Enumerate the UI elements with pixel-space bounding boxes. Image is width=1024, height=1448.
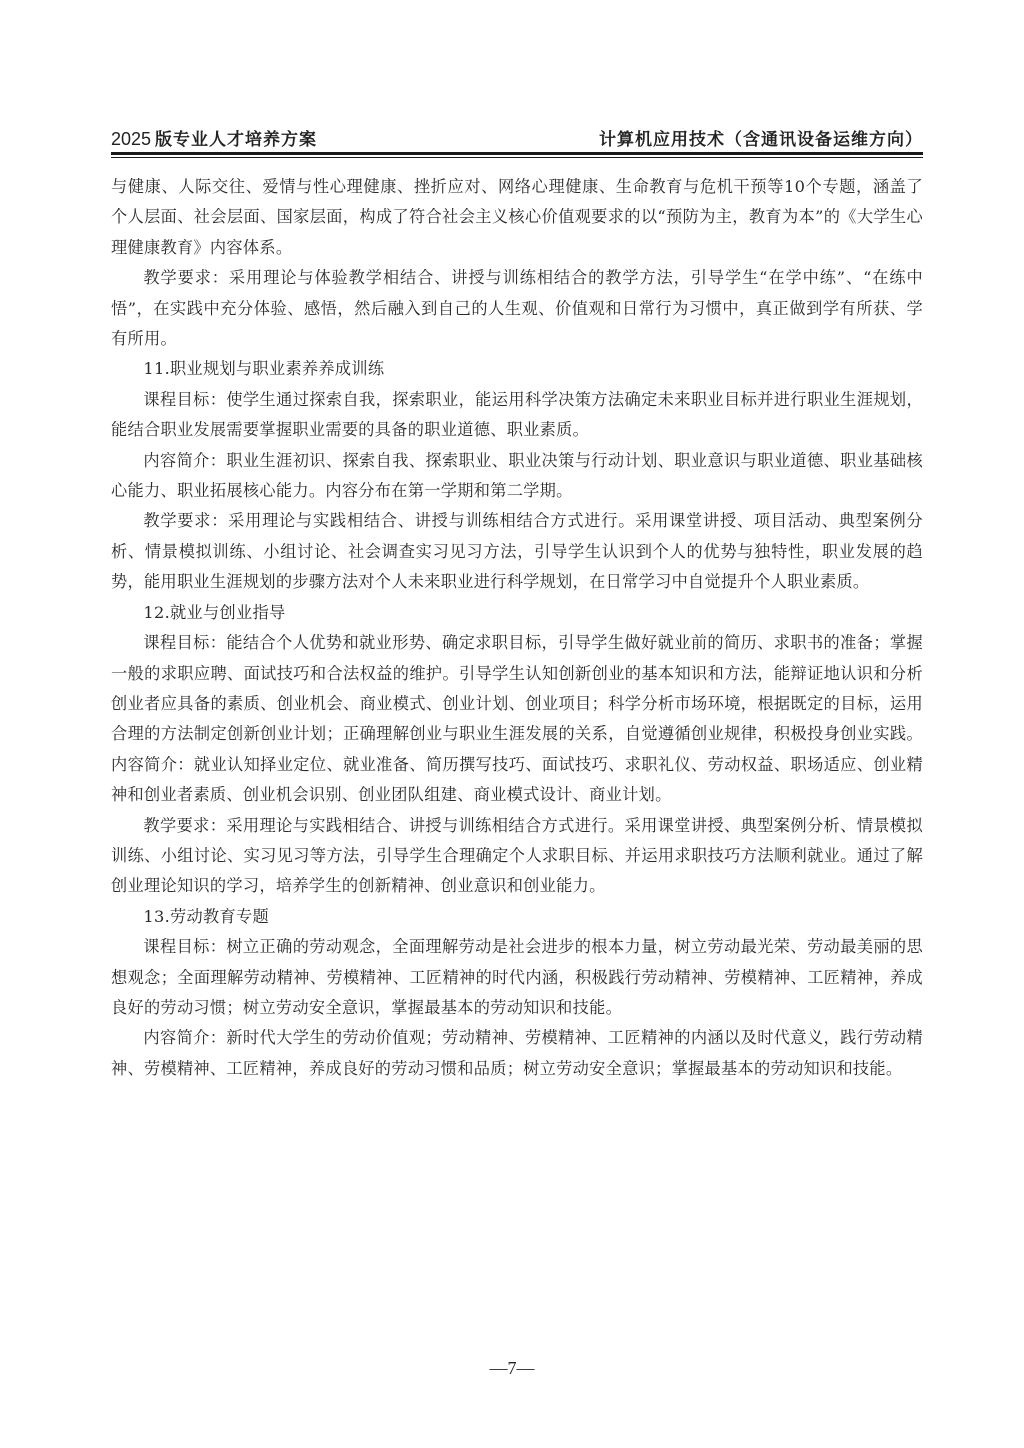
paragraph-teaching-requirements: 教学要求：采用理论与体验教学相结合、讲授与训练相结合的教学方法，引导学生“在学中… xyxy=(111,263,923,354)
paragraph-content-summary: 内容简介：职业生涯初识、探索自我、探索职业、职业决策与行动计划、职业意识与职业道… xyxy=(111,446,923,507)
paragraph-course-objectives: 课程目标：能结合个人优势和就业形势、确定求职目标，引导学生做好就业前的简历、求职… xyxy=(111,628,923,810)
header-divider-thick xyxy=(111,152,923,155)
paragraph-content-summary: 内容简介：新时代大学生的劳动价值观；劳动精神、劳模精神、工匠精神的内涵以及时代意… xyxy=(111,1023,923,1084)
page-body: 与健康、人际交往、爱情与性心理健康、挫折应对、网络心理健康、生命教育与危机干预等… xyxy=(111,172,923,1084)
header-program-name: 计算机应用技术（含通讯设备运维方向） xyxy=(599,125,923,150)
header-document-title: 2025版专业人才培养方案 xyxy=(111,125,317,150)
section-heading-11: 11.职业规划与职业素养养成训练 xyxy=(111,354,923,384)
section-heading-12: 12.就业与创业指导 xyxy=(111,598,923,628)
page-number: —7— xyxy=(0,1358,1024,1379)
header-year: 2025 xyxy=(111,129,151,149)
page-header: 2025版专业人才培养方案 计算机应用技术（含通讯设备运维方向） xyxy=(111,126,923,150)
paragraph-course-objectives: 课程目标：树立正确的劳动观念，全面理解劳动是社会进步的根本力量，树立劳动最光荣、… xyxy=(111,932,923,1023)
header-title-text: 版专业人才培养方案 xyxy=(155,130,317,150)
paragraph-continuation: 与健康、人际交往、爱情与性心理健康、挫折应对、网络心理健康、生命教育与危机干预等… xyxy=(111,172,923,263)
paragraph-course-objectives: 课程目标：使学生通过探索自我，探索职业，能运用科学决策方法确定未来职业目标并进行… xyxy=(111,385,923,446)
paragraph-teaching-requirements: 教学要求：采用理论与实践相结合、讲授与训练相结合方式进行。采用课堂讲授、项目活动… xyxy=(111,506,923,597)
header-divider-thin xyxy=(111,157,923,158)
paragraph-teaching-requirements: 教学要求：采用理论与实践相结合、讲授与训练相结合方式进行。采用课堂讲授、典型案例… xyxy=(111,811,923,902)
section-heading-13: 13.劳动教育专题 xyxy=(111,902,923,932)
